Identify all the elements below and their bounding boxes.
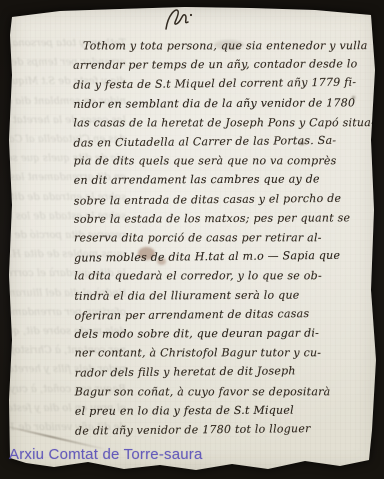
manuscript-line: de dit añy venidor de 1780 tot lo llogue… [75,418,375,440]
manuscript-line: oferiran per arrendament de ditas casas [74,303,374,325]
manuscript-line: nidor en semblant dia de la añy venidor … [73,93,373,114]
manuscript-line: dels modo sobre dit, que deuran pagar di… [74,323,374,344]
manuscript-line: dia y festa de S.t Miquel del corrent añ… [73,73,373,95]
manuscript-line: das en Ciutadella al Carrer de las Porta… [73,130,373,152]
archive-watermark: Arxiu Comtat de Torre-saura [9,446,203,463]
manuscript-line: reserva dita porció de casas per retirar… [74,228,374,247]
manuscript-paper: Tothom y tota persona, que sia entenedor… [0,0,384,479]
manuscript-line: Bagur son coñat, à cuyo favor se deposit… [75,382,375,401]
flourish-mark [158,5,198,33]
paper-shadow: Tothom y tota persona, que sia entenedor… [0,0,384,479]
manuscript-line: sobre la entrada de ditas casas y el por… [74,188,374,210]
manuscript-line: tindrà el dia del lliurament serà lo que [74,285,374,306]
manuscript-line: en dit arrendament las cambres que ay de [74,170,374,191]
manuscript-line: guns mobles de dita H.tat al m.o — Sapia… [74,246,374,268]
scanned-document: Tothom y tota persona, que sia entenedor… [0,0,384,479]
manuscript-line: la dita quedarà el corredor, y lo que se… [74,267,374,286]
manuscript-line: Tothom y tota persona, que sia entenedor… [73,36,373,55]
manuscript-line: pia de dits quels que serà que no va com… [74,151,374,170]
manuscript-line: el preu en lo dia y festa de S.t Miquel [75,400,375,421]
manuscript-line: sobre la estada de los matxos; pes per q… [74,208,374,229]
manuscript-line: rador dels fills y heretat de dit Joseph [75,361,375,383]
manuscript-line: las casas de la heretat de Joseph Pons y… [73,113,373,132]
manuscript-text: Tothom y tota persona, que sia entenedor… [73,35,375,440]
